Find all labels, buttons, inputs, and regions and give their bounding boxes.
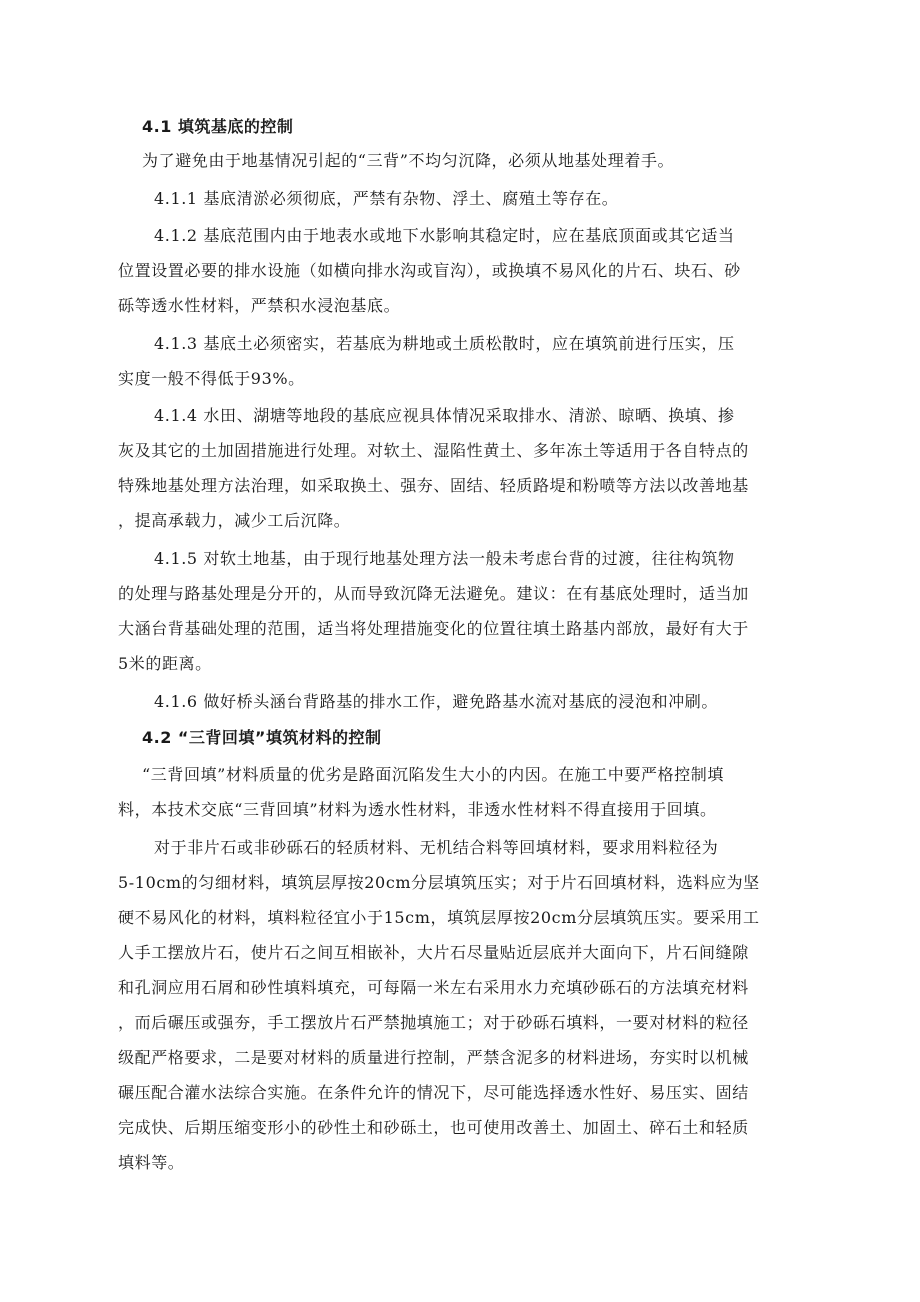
- paragraph-4-2-b-line: 完成快、后期压缩变形小的砂性土和砂砾土，也可使用改善土、加固土、碎石土和轻质: [118, 1115, 749, 1138]
- paragraph-4-1-2-line: 位置设置必要的排水设施（如横向排水沟或盲沟），或换填不易风化的片石、块石、砂: [118, 258, 741, 281]
- paragraph-4-1-5-line: 大涵台背基础处理的范围，适当将处理措施变化的位置往填土路基内部放，最好有大于: [118, 616, 749, 639]
- section-heading-4-2: 4.2 “三背回填”填筑材料的控制: [142, 725, 381, 748]
- paragraph-4-1-1: 4.1.1 基底清淤必须彻底，严禁有杂物、浮土、腐殖土等存在。: [154, 186, 618, 209]
- paragraph-4-1-2-line: 砾等透水性材料，严禁积水浸泡基底。: [118, 293, 400, 316]
- paragraph-4-2-b-line: 人手工摆放片石，使片石之间互相嵌补，大片石尽量贴近层底并大面向下，片石间缝隙: [118, 940, 749, 963]
- paragraph-4-1-5-line: 4.1.5 对软土地基，由于现行地基处理方法一般未考虑台背的过渡，往往构筑物: [154, 546, 735, 569]
- paragraph-4-1-3-line: 4.1.3 基底土必须密实，若基底为耕地或土质松散时，应在填筑前进行压实，压: [154, 331, 735, 354]
- paragraph-4-2-b-line: 和孔洞应用石屑和砂性填料填充，可每隔一米左右采用水力充填砂砾石的方法填充材料: [118, 975, 749, 998]
- paragraph-4-2-b-line: 级配严格要求，二是要对材料的质量进行控制，严禁含泥多的材料进场，夯实时以机械: [118, 1045, 749, 1068]
- paragraph-4-1-4-line: 4.1.4 水田、湖塘等地段的基底应视具体情况采取排水、清淤、晾晒、换填、掺: [154, 403, 735, 426]
- paragraph-4-2-b-line: 填料等。: [118, 1150, 184, 1173]
- paragraph-4-2-b-line: ，而后碾压或强夯，手工摆放片石严禁抛填施工；对于砂砾石填料，一要对材料的粒径: [118, 1010, 749, 1033]
- paragraph-4-2-a-line: 料，本技术交底“三背回填”材料为透水性材料，非透水性材料不得直接用于回填。: [118, 797, 717, 820]
- paragraph-intro: 为了避免由于地基情况引起的“三背”不均匀沉降，必须从地基处理着手。: [142, 148, 674, 171]
- section-heading-4-1: 4.1 填筑基底的控制: [142, 114, 293, 137]
- paragraph-4-1-5-line: 的处理与路基处理是分开的，从而导致沉降无法避免。建议：在有基底处理时，适当加: [118, 581, 749, 604]
- paragraph-4-1-6: 4.1.6 做好桥头涵台背路基的排水工作，避免路基水流对基底的浸泡和冲刷。: [154, 689, 718, 712]
- paragraph-4-1-2-line: 4.1.2 基底范围内由于地表水或地下水影响其稳定时，应在基底顶面或其它适当: [154, 223, 735, 246]
- paragraph-4-2-b-line: 碾压配合灌水法综合实施。在条件允许的情况下，尽可能选择透水性好、易压实、固结: [118, 1080, 749, 1103]
- paragraph-4-1-4-line: ，提高承载力，减少工后沉降。: [118, 508, 350, 531]
- paragraph-4-2-b-line: 5-10cm的匀细材料，填筑层厚按20cm分层填筑压实；对于片石回填材料，选料应…: [118, 870, 760, 893]
- paragraph-4-1-3-line: 实度一般不得低于93%。: [118, 366, 305, 389]
- paragraph-4-2-a-line: “三背回填”材料质量的优劣是路面沉陷发生大小的内因。在施工中要严格控制填: [142, 762, 724, 785]
- paragraph-4-1-5-line: 5米的距离。: [118, 651, 212, 674]
- paragraph-4-1-4-line: 特殊地基处理方法治理，如采取换土、强夯、固结、轻质路堤和粉喷等方法以改善地基: [118, 473, 749, 496]
- paragraph-4-1-4-line: 灰及其它的土加固措施进行处理。对软土、湿陷性黄土、多年冻土等适用于各自特点的: [118, 438, 749, 461]
- paragraph-4-2-b-line: 硬不易风化的材料，填料粒径宜小于15cm，填筑层厚按20cm分层填筑压实。要采用…: [118, 905, 760, 928]
- paragraph-4-2-b-line: 对于非片石或非砂砾石的轻质材料、无机结合料等回填材料，要求用料粒径为: [154, 835, 718, 858]
